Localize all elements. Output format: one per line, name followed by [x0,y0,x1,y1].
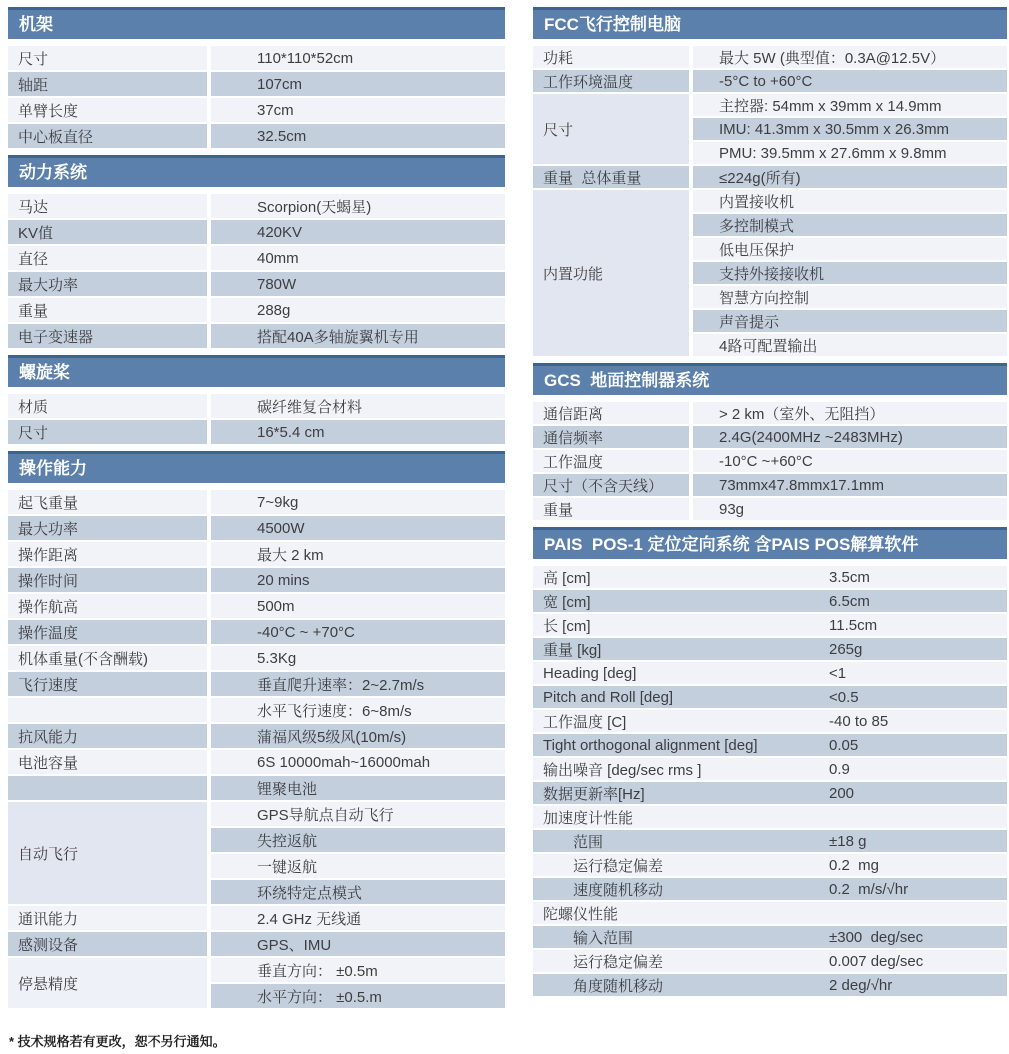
row-label: 尺寸 [533,94,689,164]
left-column: 机架尺寸110*110*52cm轴距107cm单臂长度37cm中心板直径32.5… [8,7,505,1015]
row-value: 3.5cm [829,569,1007,586]
row-value: 40mm [211,246,505,270]
section-header: GCS 地面控制器系统 [533,363,1007,395]
row-label [8,698,207,722]
row-value: -40 to 85 [829,713,1007,730]
row-label: 最大功率 [8,272,207,296]
row-label: 抗风能力 [8,724,207,748]
row-value: > 2 km（室外、无阻挡） [693,402,1007,424]
spec-section: GCS 地面控制器系统通信距离> 2 km（室外、无阻挡）通信频率2.4G(24… [533,363,1007,520]
row-value: 0.2 m/s/√hr [829,881,1007,898]
row-label: 运行稳定偏差 [533,951,829,972]
row-value: 265g [829,641,1007,658]
row-label: 操作时间 [8,568,207,592]
spec-section: FCC飞行控制电脑功耗最大 5W (典型值：0.3A@12.5V）工作环境温度-… [533,7,1007,356]
spec-row: 陀螺仪性能 [533,902,1007,924]
section-body: 高 [cm]3.5cm宽 [cm]6.5cm长 [cm]11.5cm重量 [kg… [533,566,1007,996]
row-value: 0.2 mg [829,857,1007,874]
spec-row: 范围±18 g [533,830,1007,852]
row-label: 重量 总体重量 [533,166,689,188]
row-label: 材质 [8,394,207,418]
row-label: 马达 [8,194,207,218]
row-value: 110*110*52cm [211,46,505,70]
row-label: 工作温度 [533,450,689,472]
section-body: 起飞重量7~9kg最大功率4500W操作距离最大 2 km操作时间20 mins… [8,490,505,1008]
row-value: 288g [211,298,505,322]
row-value: 37cm [211,98,505,122]
row-value: 碳纤维复合材料 [211,394,505,418]
row-value: 水平飞行速度：6~8m/s [211,698,505,722]
row-label: 通信距离 [533,402,689,424]
right-column: FCC飞行控制电脑功耗最大 5W (典型值：0.3A@12.5V）工作环境温度-… [533,7,1007,1015]
row-value: 200 [829,785,1007,802]
row-label: 速度随机移动 [533,879,829,900]
row-value: 最大 5W (典型值：0.3A@12.5V） [693,46,1007,68]
row-label: 停悬精度 [8,958,207,1008]
row-value: 32.5cm [211,124,505,148]
section-body: 尺寸110*110*52cm轴距107cm单臂长度37cm中心板直径32.5cm [8,46,505,148]
row-value: 16*5.4 cm [211,420,505,444]
row-value: 垂直爬升速率：2~2.7m/s [211,672,505,696]
row-value: ≤224g(所有) [693,166,1007,188]
spec-row: 加速度计性能 [533,806,1007,828]
spec-row: 工作温度 [C]-40 to 85 [533,710,1007,732]
row-value: 主控器: 54mm x 39mm x 14.9mm [693,94,1007,116]
spec-row: 宽 [cm]6.5cm [533,590,1007,612]
row-label: Tight orthogonal alignment [deg] [533,737,829,754]
footnote: * 技术规格若有更改，恕不另行通知。 [9,1031,1009,1050]
row-value: GPS导航点自动飞行 [211,802,505,826]
row-label: 功耗 [533,46,689,68]
row-label: 通讯能力 [8,906,207,930]
row-label: 通信频率 [533,426,689,448]
row-label: 最大功率 [8,516,207,540]
row-value: 73mmx47.8mmx17.1mm [693,474,1007,496]
row-label: 输入范围 [533,927,829,948]
row-label: 角度随机移动 [533,975,829,996]
row-value: 93g [693,498,1007,520]
row-label: 尺寸 [8,420,207,444]
spec-row: Tight orthogonal alignment [deg]0.05 [533,734,1007,756]
row-label: 数据更新率[Hz] [533,783,829,804]
section-header: 机架 [8,7,505,39]
spec-row: Heading [deg]<1 [533,662,1007,684]
row-label: 起飞重量 [8,490,207,514]
row-value: 2.4 GHz 无线通 [211,906,505,930]
row-label: 尺寸（不含天线） [533,474,689,496]
row-value: 水平方向： ±0.5.m [211,984,505,1008]
row-value: 6S 10000mah~16000mah [211,750,505,774]
row-value: 低电压保护 [693,238,1007,260]
section-header: 操作能力 [8,451,505,483]
row-value: 780W [211,272,505,296]
section-body: 材质碳纤维复合材料尺寸16*5.4 cm [8,394,505,444]
spec-section: 机架尺寸110*110*52cm轴距107cm单臂长度37cm中心板直径32.5… [8,7,505,148]
row-value: 锂聚电池 [211,776,505,800]
row-label: 电子变速器 [8,324,207,348]
section-body: 马达Scorpion(天蝎星)KV值420KV直径40mm最大功率780W重量2… [8,194,505,348]
row-value: 蒲福风级5级风(10m/s) [211,724,505,748]
row-label: 中心板直径 [8,124,207,148]
spec-row: 重量 [kg]265g [533,638,1007,660]
row-label: 重量 [533,498,689,520]
row-label: 机体重量(不含酬载) [8,646,207,670]
row-label: 单臂长度 [8,98,207,122]
row-label: 输出噪音 [deg/sec rms ] [533,759,829,780]
row-value: 失控返航 [211,828,505,852]
row-value: <0.5 [829,689,1007,706]
spec-row: 输出噪音 [deg/sec rms ]0.9 [533,758,1007,780]
row-value: IMU: 41.3mm x 30.5mm x 26.3mm [693,118,1007,140]
row-label: 加速度计性能 [533,807,829,828]
row-label: 感测设备 [8,932,207,956]
row-value: -40°C ~ +70°C [211,620,505,644]
row-label: 操作距离 [8,542,207,566]
row-value: 500m [211,594,505,618]
row-value: 搭配40A多轴旋翼机专用 [211,324,505,348]
row-value: ±18 g [829,833,1007,850]
row-label: 轴距 [8,72,207,96]
section-header: 螺旋桨 [8,355,505,387]
spec-sheet: 机架尺寸110*110*52cm轴距107cm单臂长度37cm中心板直径32.5… [0,0,1009,1015]
row-label: 操作航高 [8,594,207,618]
row-value: 0.007 deg/sec [829,953,1007,970]
row-value: 6.5cm [829,593,1007,610]
row-value: 多控制模式 [693,214,1007,236]
section-header: 动力系统 [8,155,505,187]
row-value: Scorpion(天蝎星) [211,194,505,218]
spec-section: 螺旋桨材质碳纤维复合材料尺寸16*5.4 cm [8,355,505,444]
row-label: 直径 [8,246,207,270]
row-value: 支持外接接收机 [693,262,1007,284]
row-label: 飞行速度 [8,672,207,696]
row-value: 2 deg/√hr [829,977,1007,994]
row-value: 420KV [211,220,505,244]
row-value: 107cm [211,72,505,96]
row-value: 11.5cm [829,617,1007,634]
row-value: 环绕特定点模式 [211,880,505,904]
row-label: KV值 [8,220,207,244]
row-value: 内置接收机 [693,190,1007,212]
row-label [8,776,207,800]
section-header: PAIS POS-1 定位定向系统 含PAIS POS解算软件 [533,527,1007,559]
row-label: 重量 [kg] [533,639,829,660]
row-value: ±300 deg/sec [829,929,1007,946]
row-label: 宽 [cm] [533,591,829,612]
row-label: Heading [deg] [533,665,829,682]
row-value: PMU: 39.5mm x 27.6mm x 9.8mm [693,142,1007,164]
row-label: 重量 [8,298,207,322]
row-value: 一键返航 [211,854,505,878]
spec-row: 长 [cm]11.5cm [533,614,1007,636]
row-value: 声音提示 [693,310,1007,332]
row-label: 陀螺仪性能 [533,903,829,924]
row-value: GPS、IMU [211,932,505,956]
section-body: 通信距离> 2 km（室外、无阻挡）通信频率2.4G(2400MHz ~2483… [533,402,1007,520]
row-value: 7~9kg [211,490,505,514]
row-value: 垂直方向： ±0.5m [211,958,505,982]
row-value: 20 mins [211,568,505,592]
section-body: 功耗最大 5W (典型值：0.3A@12.5V）工作环境温度-5°C to +6… [533,46,1007,356]
row-value: 4路可配置输出 [693,334,1007,356]
spec-row: 输入范围±300 deg/sec [533,926,1007,948]
row-label: 尺寸 [8,46,207,70]
spec-section: 动力系统马达Scorpion(天蝎星)KV值420KV直径40mm最大功率780… [8,155,505,348]
spec-row: 运行稳定偏差0.007 deg/sec [533,950,1007,972]
spec-row: Pitch and Roll [deg]<0.5 [533,686,1007,708]
row-label: 工作环境温度 [533,70,689,92]
spec-section: PAIS POS-1 定位定向系统 含PAIS POS解算软件高 [cm]3.5… [533,527,1007,996]
row-label: 自动飞行 [8,802,207,904]
row-value: 最大 2 km [211,542,505,566]
row-label: 范围 [533,831,829,852]
row-value: -5°C to +60°C [693,70,1007,92]
spec-row: 数据更新率[Hz]200 [533,782,1007,804]
row-label: 内置功能 [533,190,689,356]
row-value: 0.05 [829,737,1007,754]
spec-row: 运行稳定偏差0.2 mg [533,854,1007,876]
row-label: 工作温度 [C] [533,711,829,732]
row-label: Pitch and Roll [deg] [533,689,829,706]
row-value: 2.4G(2400MHz ~2483MHz) [693,426,1007,448]
row-label: 长 [cm] [533,615,829,636]
spec-row: 角度随机移动2 deg/√hr [533,974,1007,996]
row-value: -10°C ~+60°C [693,450,1007,472]
row-label: 操作温度 [8,620,207,644]
spec-row: 高 [cm]3.5cm [533,566,1007,588]
spec-section: 操作能力起飞重量7~9kg最大功率4500W操作距离最大 2 km操作时间20 … [8,451,505,1008]
row-value: 0.9 [829,761,1007,778]
row-value: 智慧方向控制 [693,286,1007,308]
spec-row: 速度随机移动0.2 m/s/√hr [533,878,1007,900]
row-value: 5.3Kg [211,646,505,670]
row-value: 4500W [211,516,505,540]
row-label: 电池容量 [8,750,207,774]
row-label: 运行稳定偏差 [533,855,829,876]
section-header: FCC飞行控制电脑 [533,7,1007,39]
row-label: 高 [cm] [533,567,829,588]
row-value: <1 [829,665,1007,682]
